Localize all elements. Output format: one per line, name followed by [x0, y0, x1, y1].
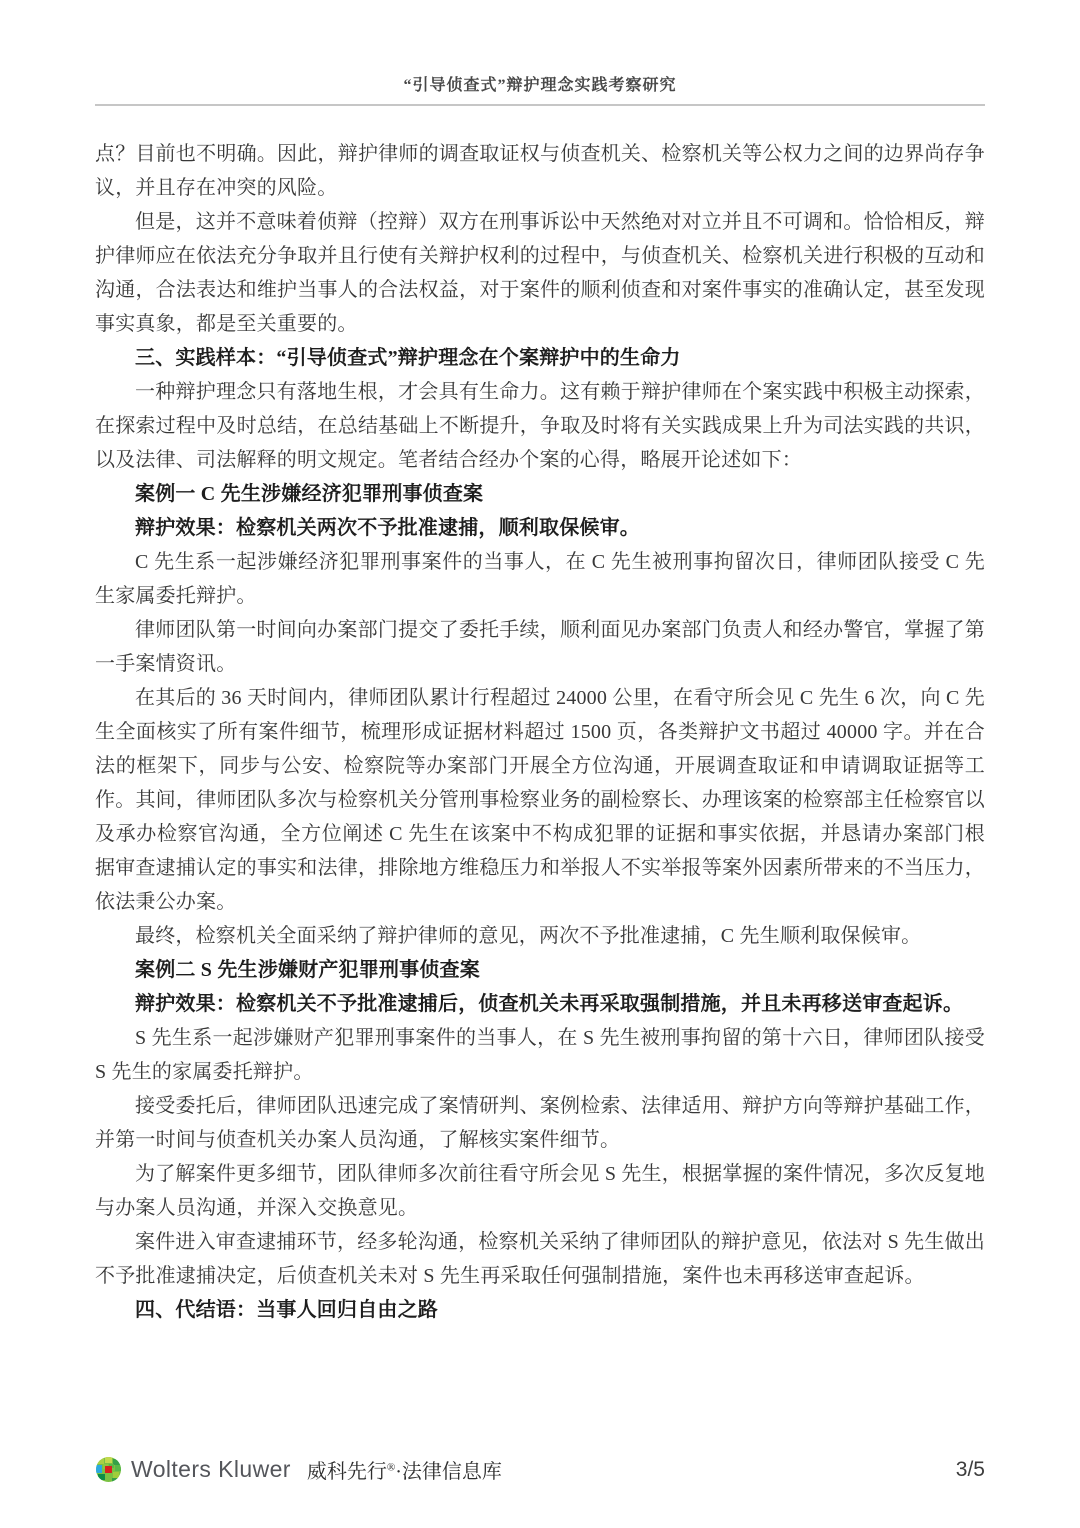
- paragraph: 律师团队第一时间向办案部门提交了委托手续，顺利面见办案部门负责人和经办警官，掌握…: [95, 613, 985, 681]
- page-footer: Wolters Kluwer 威科先行®·法律信息库 3/5: [95, 1455, 985, 1484]
- section-heading: 三、实践样本：“引导侦查式”辩护理念在个案辩护中的生命力: [95, 341, 985, 375]
- running-title: “引导侦查式”辩护理念实践考察研究: [0, 72, 1080, 95]
- case-result: 辩护效果：检察机关两次不予批准逮捕，顺利取保候审。: [95, 511, 985, 545]
- paragraph: 一种辩护理念只有落地生根，才会具有生命力。这有赖于辩护律师在个案实践中积极主动探…: [95, 375, 985, 477]
- product-library-text: 法律信息库: [402, 1461, 502, 1483]
- paragraph: 案件进入审查逮捕环节，经多轮沟通，检察机关采纳了律师团队的辩护意见，依法对 S …: [95, 1225, 985, 1293]
- section-heading: 四、代结语：当事人回归自由之路: [95, 1293, 985, 1327]
- case-result: 辩护效果：检察机关不予批准逮捕后，侦查机关未再采取强制措施，并且未再移送审查起诉…: [95, 987, 985, 1021]
- paragraph: 在其后的 36 天时间内，律师团队累计行程超过 24000 公里，在看守所会见 …: [95, 681, 985, 919]
- product-name-text: 威科先行: [307, 1461, 387, 1483]
- paragraph: C 先生系一起涉嫌经济犯罪刑事案件的当事人，在 C 先生被刑事拘留次日，律师团队…: [95, 545, 985, 613]
- wolters-kluwer-logo-icon: [95, 1456, 122, 1483]
- paragraph: S 先生系一起涉嫌财产犯罪刑事案件的当事人，在 S 先生被刑事拘留的第十六日，律…: [95, 1021, 985, 1089]
- document-page: “引导侦查式”辩护理念实践考察研究 点？目前也不明确。因此，辩护律师的调查取证权…: [0, 0, 1080, 1528]
- paragraph: 最终，检察机关全面采纳了辩护律师的意见，两次不予批准逮捕，C 先生顺利取保候审。: [95, 919, 985, 953]
- paragraph: 为了解案件更多细节，团队律师多次前往看守所会见 S 先生，根据掌握的案件情况，多…: [95, 1157, 985, 1225]
- product-name: 威科先行®·法律信息库: [307, 1455, 502, 1484]
- publisher-brand: Wolters Kluwer 威科先行®·法律信息库: [95, 1455, 502, 1484]
- paragraph: 点？目前也不明确。因此，辩护律师的调查取证权与侦查机关、检察机关等公权力之间的边…: [95, 137, 985, 205]
- case-heading: 案例二 S 先生涉嫌财产犯罪刑事侦查案: [95, 953, 985, 987]
- brand-wordmark: Wolters Kluwer: [131, 1456, 291, 1483]
- document-body: 点？目前也不明确。因此，辩护律师的调查取证权与侦查机关、检察机关等公权力之间的边…: [95, 137, 985, 1327]
- paragraph: 但是，这并不意味着侦辩（控辩）双方在刑事诉讼中天然绝对对立并且不可调和。恰恰相反…: [95, 205, 985, 341]
- paragraph: 接受委托后，律师团队迅速完成了案情研判、案例检索、法律适用、辩护方向等辩护基础工…: [95, 1089, 985, 1157]
- page-header: “引导侦查式”辩护理念实践考察研究: [0, 0, 1080, 106]
- registered-mark: ®: [387, 1461, 395, 1473]
- case-heading: 案例一 C 先生涉嫌经济犯罪刑事侦查案: [95, 477, 985, 511]
- page-number: 3/5: [956, 1458, 985, 1482]
- product-separator-dot: ·: [395, 1461, 402, 1483]
- header-divider: [95, 104, 985, 106]
